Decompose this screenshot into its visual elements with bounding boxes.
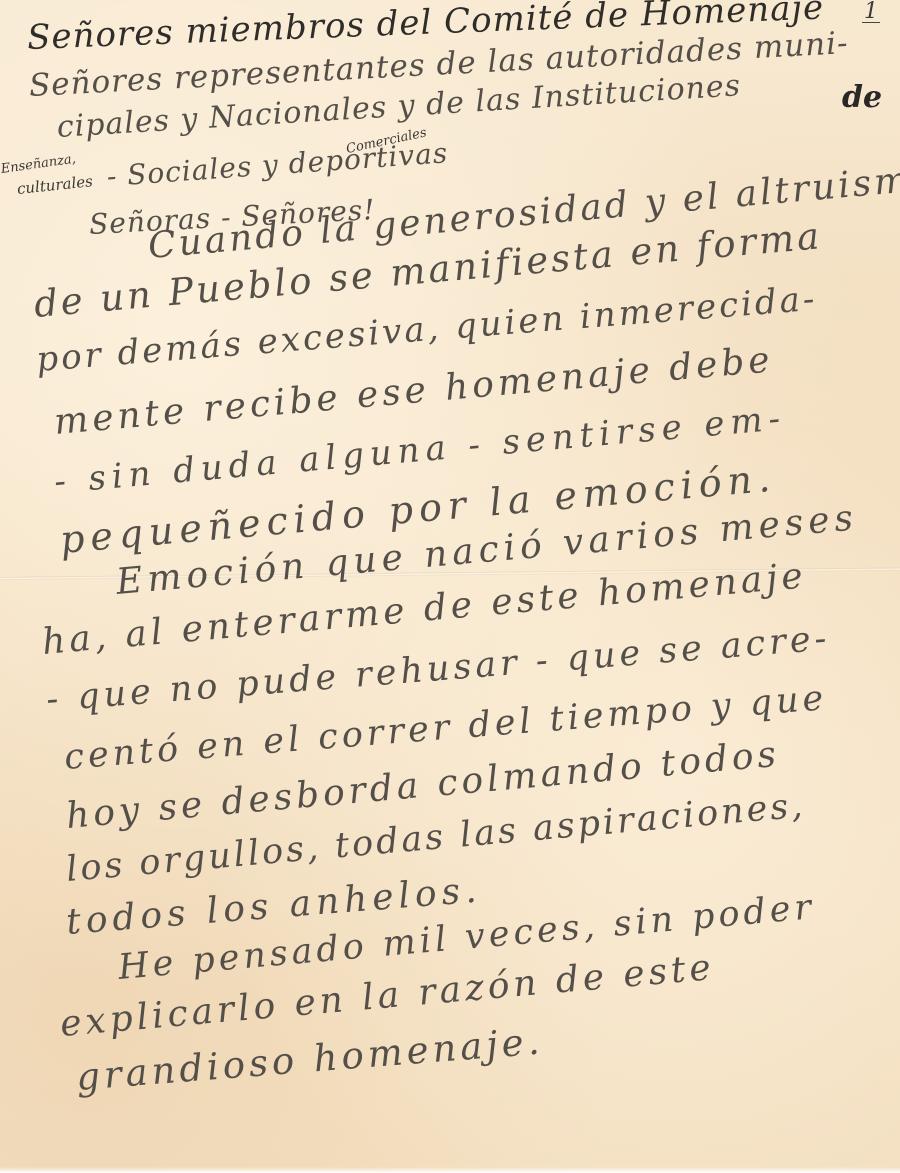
margin-note-culturales: culturales — [16, 172, 94, 198]
page-number: 1 — [862, 2, 880, 23]
margin-note-ensenanza: Enseñanza, — [0, 152, 77, 177]
handwritten-page: 1 Señores miembros del Comité de Homenaj… — [0, 0, 900, 1173]
overwrite-de: de — [842, 80, 882, 115]
paper-bottom-edge — [0, 1167, 900, 1173]
salutation-line-4: - Sociales y deportivas — [106, 136, 449, 193]
